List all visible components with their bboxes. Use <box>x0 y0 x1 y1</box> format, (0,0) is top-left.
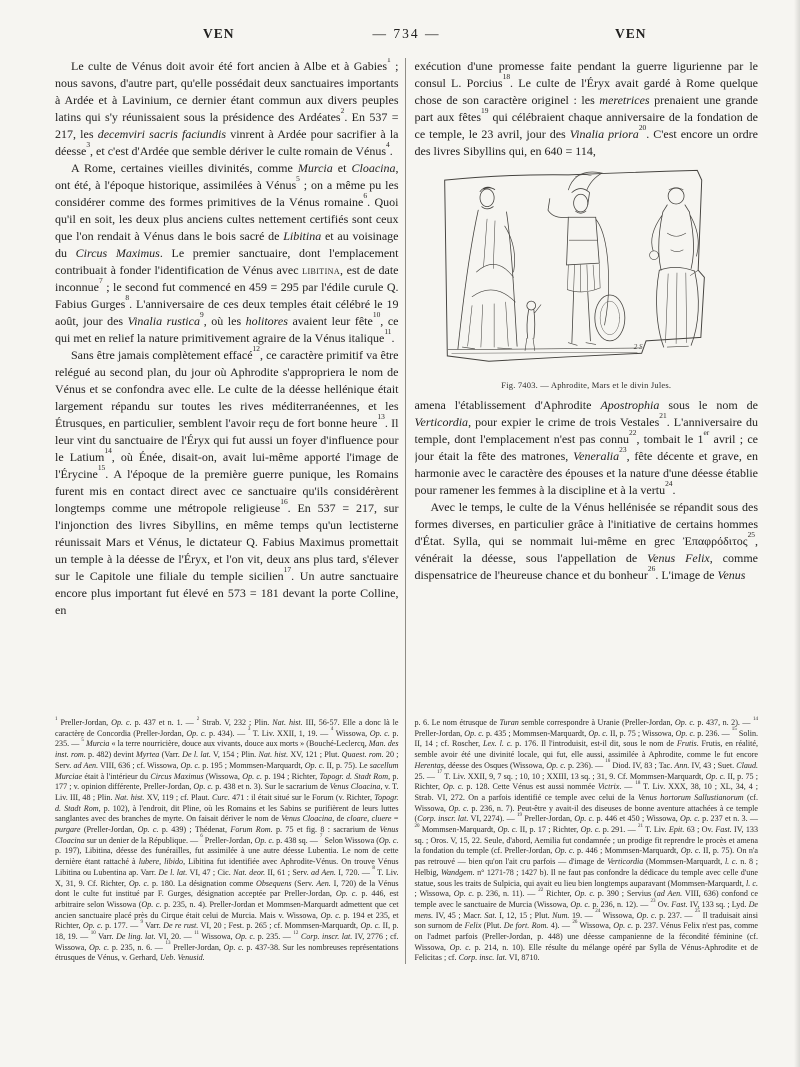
running-head-left: VEN <box>203 26 235 42</box>
engraver-mark: 2 S <box>634 343 643 351</box>
paragraph: exécution d'une promesse faite pendant l… <box>415 58 759 160</box>
text-columns: Le culte de Vénus doit avoir été fort an… <box>55 58 758 964</box>
paragraph: Avec le temps, le culte de la Vénus hell… <box>415 499 759 584</box>
right-column-text: exécution d'une promesse faite pendant l… <box>415 58 759 710</box>
left-column: Le culte de Vénus doit avoir été fort an… <box>55 58 399 964</box>
paragraph: Le culte de Vénus doit avoir été fort an… <box>55 58 399 160</box>
left-column-text: Le culte de Vénus doit avoir été fort an… <box>55 58 399 710</box>
paragraph: A Rome, certaines vieilles divinités, co… <box>55 160 399 347</box>
scanned-page: VEN — 734 — VEN Le culte de Vénus doit a… <box>0 0 800 964</box>
running-head-right: VEN <box>615 26 647 42</box>
paragraph: amena l'établissement d'Aphrodite Apostr… <box>415 397 759 499</box>
footnotes-right: p. 6. Le nom étrusque de Turan semble co… <box>415 718 759 964</box>
footnotes-left: 1 Preller-Jordan, Op. c. p. 437 et n. 1.… <box>55 718 399 964</box>
running-head: VEN — 734 — VEN <box>55 26 758 48</box>
right-column: exécution d'une promesse faite pendant l… <box>405 58 759 964</box>
paragraph: Sans être jamais complètement effacé12, … <box>55 347 399 619</box>
figure-caption: Fig. 7403. — Aphrodite, Mars et le divin… <box>415 380 759 391</box>
page-number: — 734 — <box>373 26 441 42</box>
figure-block: 2 S Fig. 7403. — Aphrodite, Mars et le d… <box>415 166 759 391</box>
figure-illustration: 2 S <box>421 166 751 378</box>
